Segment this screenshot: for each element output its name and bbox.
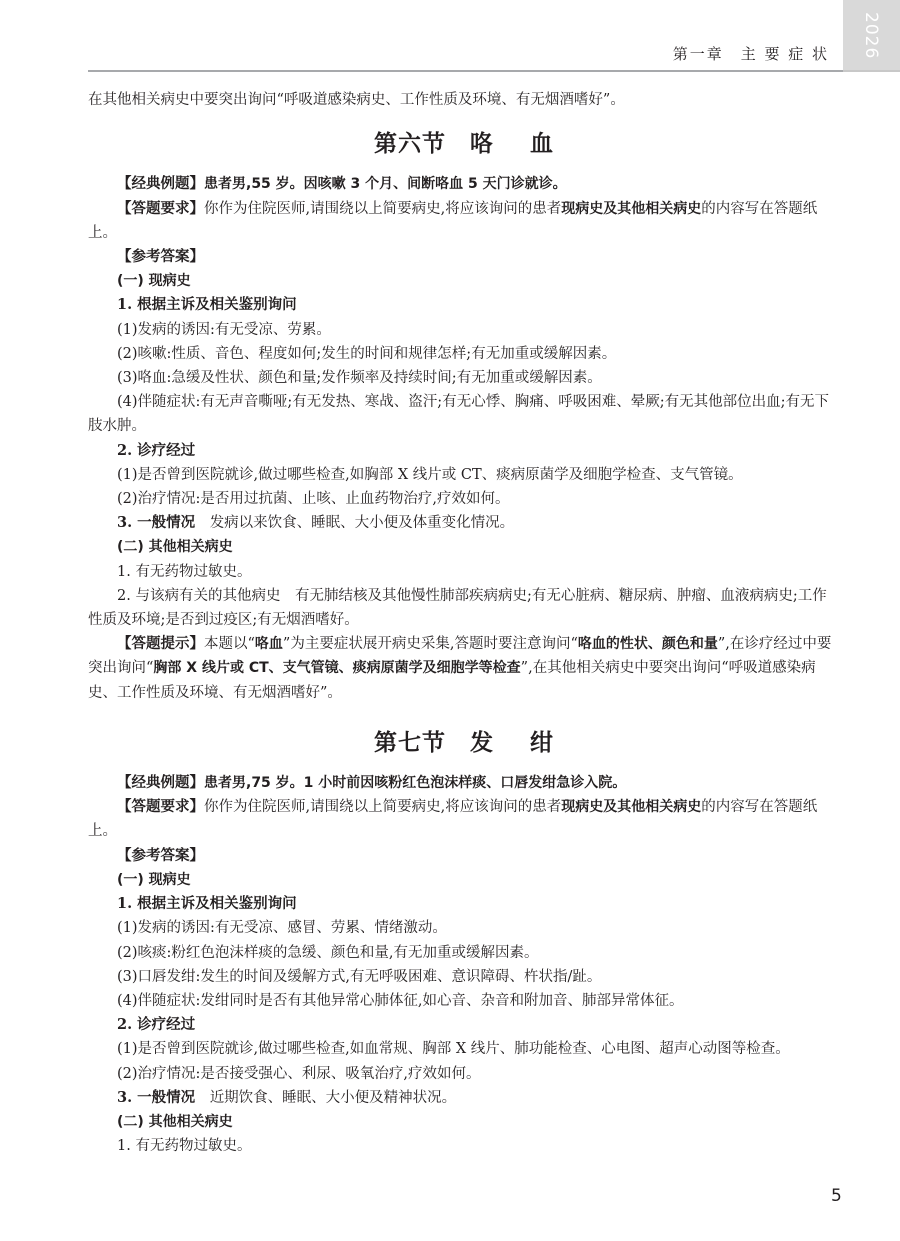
heading-present-illness: (一) 现病史 (88, 868, 840, 892)
list-item: (1)是否曾到医院就诊,做过哪些检查,如胸部 X 线片或 CT、痰病原菌学及细胞… (88, 463, 840, 487)
general-condition: 3. 一般情况 发病以来饮食、睡眠、大小便及体重变化情况。 (88, 511, 840, 535)
list-item: 2. 与该病有关的其他病史 有无肺结核及其他慢性肺部疾病病史;有无心脏病、糖尿病… (88, 584, 840, 632)
list-item: (2)治疗情况:是否接受强心、利尿、吸氧治疗,疗效如何。 (88, 1062, 840, 1086)
heading-other-history: (二) 其他相关病史 (88, 1110, 840, 1134)
list-item: 1. 有无药物过敏史。 (88, 560, 840, 584)
case-example: 【经典例题】患者男,55 岁。因咳嗽 3 个月、间断咯血 5 天门诊就诊。 (88, 172, 840, 196)
list-item: (1)是否曾到医院就诊,做过哪些检查,如血常规、胸部 X 线片、肺功能检查、心电… (88, 1037, 840, 1061)
reference-answer-label: 【参考答案】 (88, 844, 840, 868)
list-item: (1)发病的诱因:有无受凉、感冒、劳累、情绪激动。 (88, 916, 840, 940)
heading-present-illness: (一) 现病史 (88, 269, 840, 293)
general-condition: 3. 一般情况 近期饮食、睡眠、大小便及精神状况。 (88, 1086, 840, 1110)
list-item: (3)口唇发绀:发生的时间及缓解方式,有无呼吸困难、意识障碍、杵状指/趾。 (88, 965, 840, 989)
subheading-treatment: 2. 诊疗经过 (88, 439, 840, 463)
year-label: 2026 (861, 12, 881, 59)
subheading-chief-complaint: 1. 根据主诉及相关鉴别询问 (88, 293, 840, 317)
case-example: 【经典例题】患者男,75 岁。1 小时前因咳粉红色泡沫样痰、口唇发绀急诊入院。 (88, 771, 840, 795)
heading-other-history: (二) 其他相关病史 (88, 535, 840, 559)
chapter-title: 第一章 主 要 症 状 (673, 43, 829, 64)
list-item: (2)咳痰:粉红色泡沫样痰的急缓、颜色和量,有无加重或缓解因素。 (88, 941, 840, 965)
list-item: (2)治疗情况:是否用过抗菌、止咳、止血药物治疗,疗效如何。 (88, 487, 840, 511)
section-title: 第七节 发绀 (88, 731, 840, 755)
year-tab: 2026 (843, 0, 900, 72)
reference-answer-label: 【参考答案】 (88, 245, 840, 269)
list-item: (3)咯血:急缓及性状、颜色和量;发作频率及持续时间;有无加重或缓解因素。 (88, 366, 840, 390)
answer-requirement: 【答题要求】你作为住院医师,请围绕以上简要病史,将应该询问的患者现病史及其他相关… (88, 197, 840, 245)
running-header: 第一章 主 要 症 状 (88, 0, 843, 72)
continuation-text: 在其他相关病史中要突出询问“呼吸道感染病史、工作性质及环境、有无烟酒嗜好”。 (88, 88, 840, 112)
list-item: (2)咳嗽:性质、音色、程度如何;发生的时间和规律怎样;有无加重或缓解因素。 (88, 342, 840, 366)
list-item: (4)伴随症状:发绀同时是否有其他异常心肺体征,如心音、杂音和附加音、肺部异常体… (88, 989, 840, 1013)
section-title: 第六节 咯血 (88, 132, 840, 156)
subheading-treatment: 2. 诊疗经过 (88, 1013, 840, 1037)
list-item: 1. 有无药物过敏史。 (88, 1134, 840, 1158)
answer-tip: 【答题提示】本题以“咯血”为主要症状展开病史采集,答题时要注意询问“咯血的性状、… (88, 632, 840, 705)
list-item: (4)伴随症状:有无声音嘶哑;有无发热、寒战、盗汗;有无心悸、胸痛、呼吸困难、晕… (88, 390, 840, 438)
page-body: 在其他相关病史中要突出询问“呼吸道感染病史、工作性质及环境、有无烟酒嗜好”。 第… (88, 88, 840, 1158)
page-number: 5 (831, 1186, 842, 1206)
subheading-chief-complaint: 1. 根据主诉及相关鉴别询问 (88, 892, 840, 916)
list-item: (1)发病的诱因:有无受凉、劳累。 (88, 318, 840, 342)
section-7: 第七节 发绀 【经典例题】患者男,75 岁。1 小时前因咳粉红色泡沫样痰、口唇发… (88, 731, 840, 1158)
answer-requirement: 【答题要求】你作为住院医师,请围绕以上简要病史,将应该询问的患者现病史及其他相关… (88, 795, 840, 843)
section-6: 第六节 咯血 【经典例题】患者男,55 岁。因咳嗽 3 个月、间断咯血 5 天门… (88, 132, 840, 705)
